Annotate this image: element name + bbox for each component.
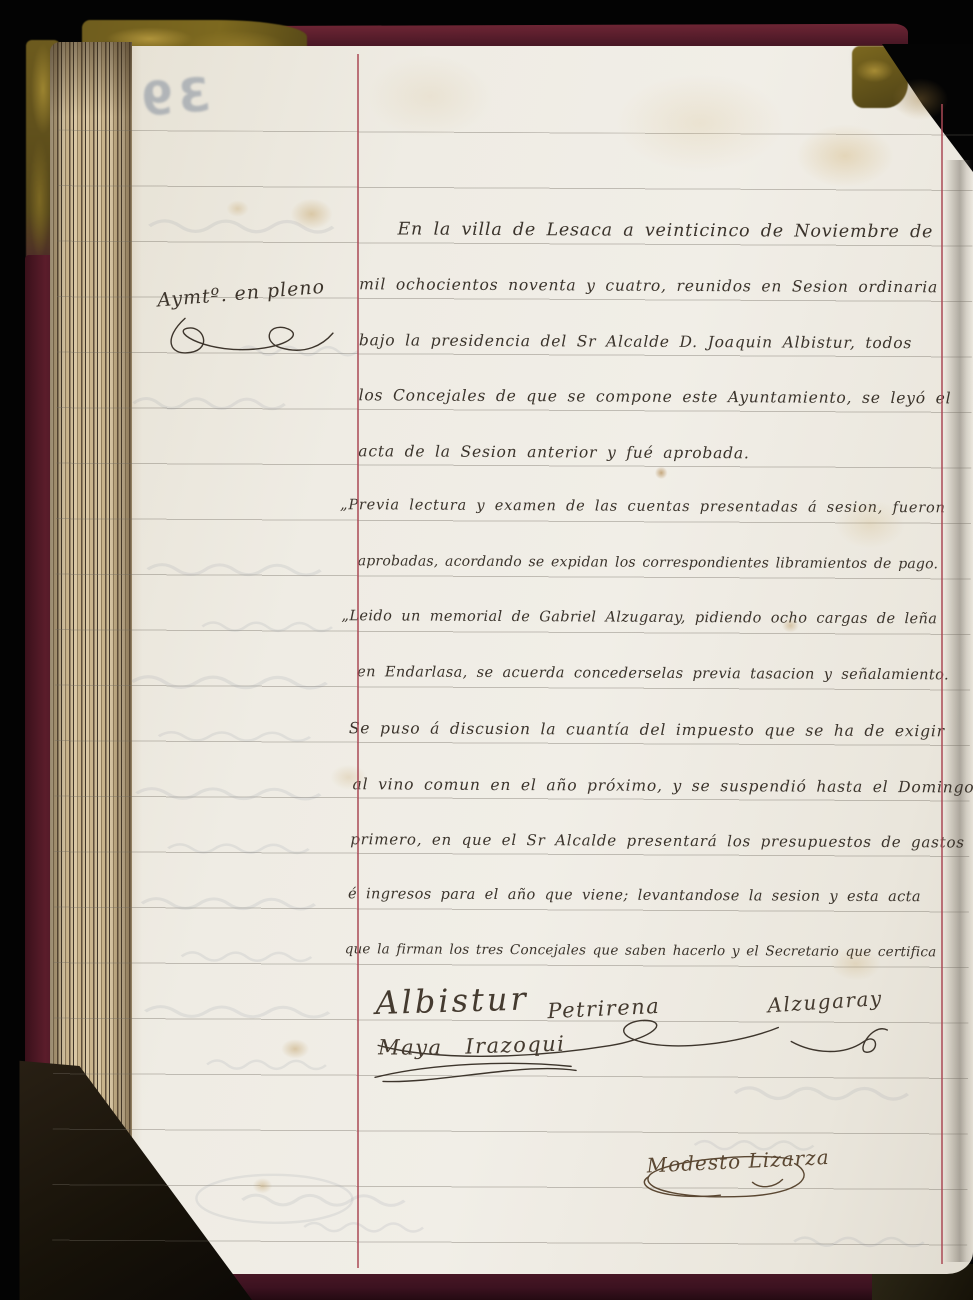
manuscript-line: aprobadas, acordando se expidan los corr… [358,553,938,573]
manuscript-line: al vino comun en el año próximo, y se su… [353,775,973,797]
bleedthrough-ghost-writing [0,0,973,1300]
manuscript-line: é ingresos para el año que viene; levant… [348,886,921,906]
manuscript-line: primero, en que el Sr Alcalde presentará… [350,830,965,851]
signature-irazoqui: Irazoqui [465,1032,566,1059]
signature-maya: Maya [378,1035,443,1059]
margin-rule-left [357,54,359,1268]
manuscript-line: acta de la Sesion anterior y fué aprobad… [358,442,749,463]
ghost-page-number: 39 [134,67,212,127]
manuscript-line: „Leido un memorial de Gabriel Alzugaray,… [341,608,937,629]
margin-annotation-flourish [151,312,346,371]
manuscript-line: los Concejales de que se compone este Ay… [359,386,952,408]
manuscript-line: bajo la presidencia del Sr Alcalde D. Jo… [359,331,912,352]
manuscript-line: que la firman los tres Concejales que sa… [345,941,937,960]
margin-rule-right [941,104,943,1264]
signature-rubric-alzugaray [783,1011,895,1058]
manuscript-line: mil ochocientos noventa y cuatro, reunid… [359,275,938,297]
photo-background: 39 Aymtº. en pleno En la villa de Lesaca… [0,0,973,1300]
manuscript-line: „Previa lectura y examen de las cuentas … [340,497,946,518]
manuscript-line: en Endarlasa, se acuerda concederselas p… [357,664,949,684]
manuscript-line: En la villa de Lesaca a veinticinco de N… [397,219,933,243]
page-content: 39 Aymtº. en pleno En la villa de Lesaca… [0,0,973,1300]
signature-rubric-secretary [634,1149,829,1208]
manuscript-line: Se puso á discusion la cuantía del impue… [349,719,945,741]
signature-flourish-maya-irazoqui [371,1057,581,1090]
